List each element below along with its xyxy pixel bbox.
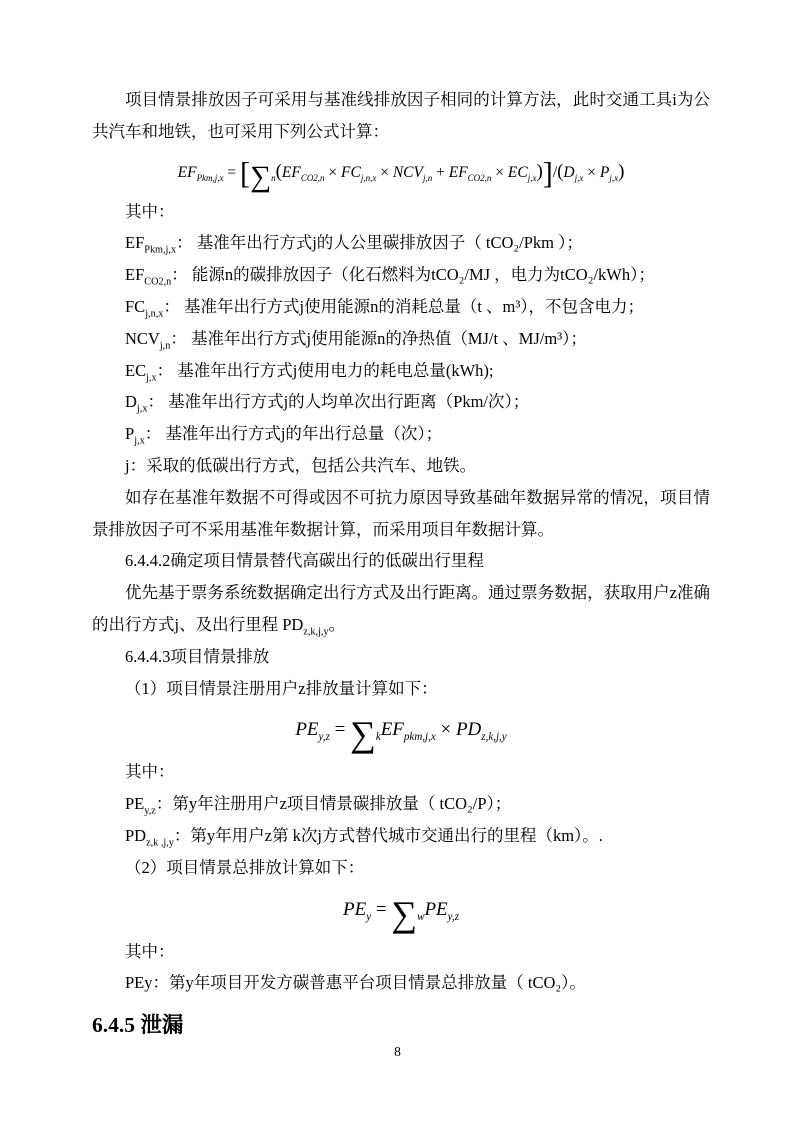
- variable-term: D: [125, 392, 137, 411]
- variable-term: PD: [125, 826, 146, 845]
- para-item-1: （1）项目情景注册用户z排放量计算如下：: [92, 673, 710, 705]
- def-ec: ECj,x： 基准年出行方式j使用电力的耗电总量(kWh);: [92, 355, 710, 387]
- variable-term: P: [125, 424, 134, 443]
- document-page: 项目情景排放因子可采用与基准线排放因子相同的计算方法，此时交通工具i为公共汽车和…: [0, 0, 795, 1125]
- subheading-6-4-4-2: 6.4.4.2确定项目情景替代高碳出行的低碳出行里程: [92, 545, 710, 577]
- label-qizhong-2: 其中：: [92, 756, 710, 788]
- sigma-summation: ∑w: [391, 899, 424, 920]
- variable-term: PD: [282, 615, 303, 634]
- formula-pe-user: PEy,z = ∑kEFpkm,j,x × PDz,k,j,y: [92, 704, 710, 756]
- def-pe-yz: PEy,z：第y年注册用户z项目情景碳排放量（ tCO₂/P）；: [92, 788, 710, 820]
- para-intro: 项目情景排放因子可采用与基准线排放因子相同的计算方法，此时交通工具i为公共汽车和…: [92, 84, 710, 148]
- document-body: 项目情景排放因子可采用与基准线排放因子相同的计算方法，此时交通工具i为公共汽车和…: [0, 0, 795, 1043]
- def-j: j：采取的低碳出行方式，包括公共汽车、地铁。: [92, 450, 710, 482]
- formula-ef-pkm: EFPkm,j,x = [∑n(EFCO2,n × FCj,n,x × NCVj…: [92, 148, 710, 196]
- sigma-summation: ∑k: [350, 719, 381, 740]
- heading-6-4-5: 6.4.5 泄漏: [92, 1007, 710, 1043]
- para-ticketing: 优先基于票务系统数据确定出行方式及出行距离。通过票务数据，获取用户z准确的出行方…: [92, 577, 710, 641]
- variable-term: EC: [125, 361, 146, 380]
- subheading-6-4-4-3: 6.4.4.3项目情景排放: [92, 641, 710, 673]
- variable-term: PE: [125, 794, 144, 813]
- variable-term: FC: [125, 297, 145, 316]
- label-qizhong-3: 其中：: [92, 936, 710, 968]
- def-pd-zkjy: PDz,k ,j,y：第y年用户z第 k次j方式替代城市交通出行的里程（km）。…: [92, 820, 710, 852]
- sigma-summation: ∑n: [250, 164, 276, 181]
- para-force-majeure: 如存在基准年数据不可得或因不可抗力原因导致基础年数据异常的情况，项目情景排放因子…: [92, 482, 710, 546]
- page-number: 8: [0, 1044, 795, 1060]
- def-ef-pkm: EFPkm,j,x： 基准年出行方式j的人公里碳排放因子（ tCO₂/Pkm ）…: [92, 227, 710, 259]
- variable-term: EF: [125, 233, 144, 252]
- variable-term: EF: [125, 265, 144, 284]
- variable-term: NCV: [125, 329, 160, 348]
- label-qizhong-1: 其中：: [92, 196, 710, 228]
- def-d: Dj,x： 基准年出行方式j的人均单次出行距离（Pkm/次）；: [92, 386, 710, 418]
- para-item-2: （2）项目情景总排放计算如下：: [92, 852, 710, 884]
- def-fc: FCj,n,x： 基准年出行方式j使用能源n的消耗总量（t 、m³），不包含电力…: [92, 291, 710, 323]
- def-p: Pj,x： 基准年出行方式j的年出行总量（次）；: [92, 418, 710, 450]
- formula-pe-total: PEy = ∑wPEy,z: [92, 884, 710, 936]
- def-pe-y: PEy：第y年项目开发方碳普惠平台项目情景总排放量（ tCO₂）。: [92, 967, 710, 999]
- def-ef-co2: EFCO2,n： 能源n的碳排放因子（化石燃料为tCO₂/MJ ，电力为tCO₂…: [92, 259, 710, 291]
- def-ncv: NCVj,n： 基准年出行方式j使用能源n的净热值（MJ/t 、MJ/m³）；: [92, 323, 710, 355]
